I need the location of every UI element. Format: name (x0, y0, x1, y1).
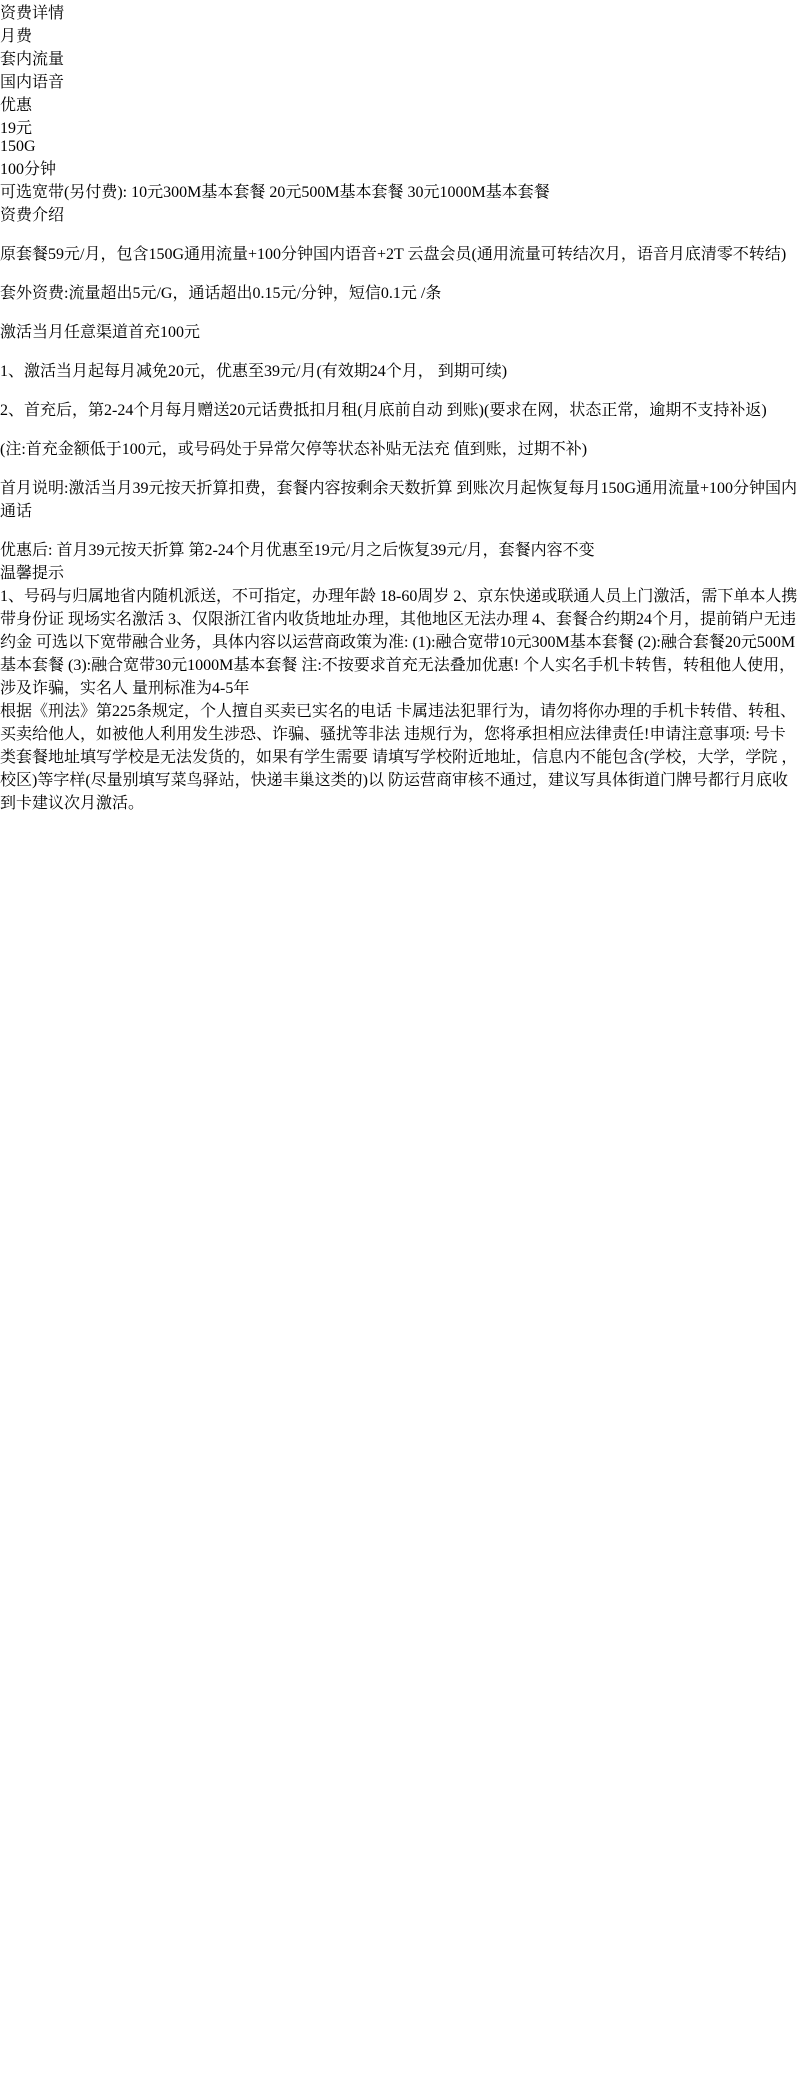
table-header-voice: 国内语音 (0, 69, 800, 92)
pricing-card-body: 资费介绍 原套餐59元/月，包含150G通用流量+100分钟国内语音+2T 云盘… (0, 202, 800, 560)
broadband-discount-cell: 可选宽带(另付费): 10元300M基本套餐 20元500M基本套餐 30元10… (0, 179, 800, 202)
monthly-fee-number: 19 (0, 120, 16, 137)
overage-paragraph: 套外资费:流量超出5元/G，通话超出0.15元/分钟，短信0.1元 /条 (0, 280, 800, 303)
voice-minutes-cell: 100分钟 (0, 156, 800, 179)
after-discount-block: 优惠后: 首月39元按天折算 第2-24个月优惠至19元/月之后恢复39元/月，… (0, 537, 800, 560)
pricing-table: 月费 套内流量 国内语音 优惠 19元 150G 100分钟 可选宽带(另付费)… (0, 23, 800, 202)
plan-promo-page: 资费详情 月费 套内流量 国内语音 优惠 19元 150G 100分钟 可选宽带… (0, 0, 800, 2100)
promo-item-1: 1、激活当月起每月减免20元，优惠至39元/月(有效期24个月， 到期可续) (0, 358, 800, 381)
legal-warning-text: 根据《刑法》第225条规定，个人擅自买卖已实名的电话 卡属违法犯罪行为，请勿将你… (0, 698, 800, 813)
pricing-card: 月费 套内流量 国内语音 优惠 19元 150G 100分钟 可选宽带(另付费)… (0, 23, 800, 560)
promo-item-2: 2、首充后，第2-24个月每月赠送20元话费抵扣月租(月底前自动 到账)(要求在… (0, 397, 800, 420)
table-header-discount: 优惠 (0, 92, 800, 115)
data-allowance-number: 150 (0, 138, 24, 155)
first-recharge-headline: 激活当月任意渠道首充100元 (0, 319, 800, 342)
promo-note: (注:首充金额低于100元，或号码处于异常欠停等状态补贴无法充 值到账，过期不补… (0, 436, 800, 459)
tips-card: 1、号码与归属地省内随机派送，不可指定，办理年龄 18-60周岁 2、京东快递或… (0, 583, 800, 813)
data-allowance-cell: 150G (0, 138, 800, 156)
table-header-data: 套内流量 (0, 46, 800, 69)
intro-label: 资费介绍 (0, 202, 800, 225)
tips-section-title: 温馨提示 (0, 560, 800, 583)
tips-list: 1、号码与归属地省内随机派送，不可指定，办理年龄 18-60周岁 2、京东快递或… (0, 583, 800, 698)
data-allowance-unit: G (24, 138, 36, 155)
pricing-section-title: 资费详情 (0, 0, 800, 23)
voice-minutes-number: 100 (0, 161, 24, 178)
monthly-fee-unit: 元 (16, 120, 32, 137)
base-plan-paragraph: 原套餐59元/月，包含150G通用流量+100分钟国内语音+2T 云盘会员(通用… (0, 241, 800, 264)
table-header-monthly-fee: 月费 (0, 23, 800, 46)
first-month-paragraph: 首月说明:激活当月39元按天折算扣费，套餐内容按剩余天数折算 到账次月起恢复每月… (0, 475, 800, 521)
voice-minutes-unit: 分钟 (24, 161, 56, 178)
first-month-detail: 激活当月39元按天折算扣费，套餐内容按剩余天数折算 到账 (68, 480, 488, 497)
first-month-label: 首月说明: (0, 480, 68, 497)
monthly-fee-value-cell: 19元 (0, 115, 800, 138)
